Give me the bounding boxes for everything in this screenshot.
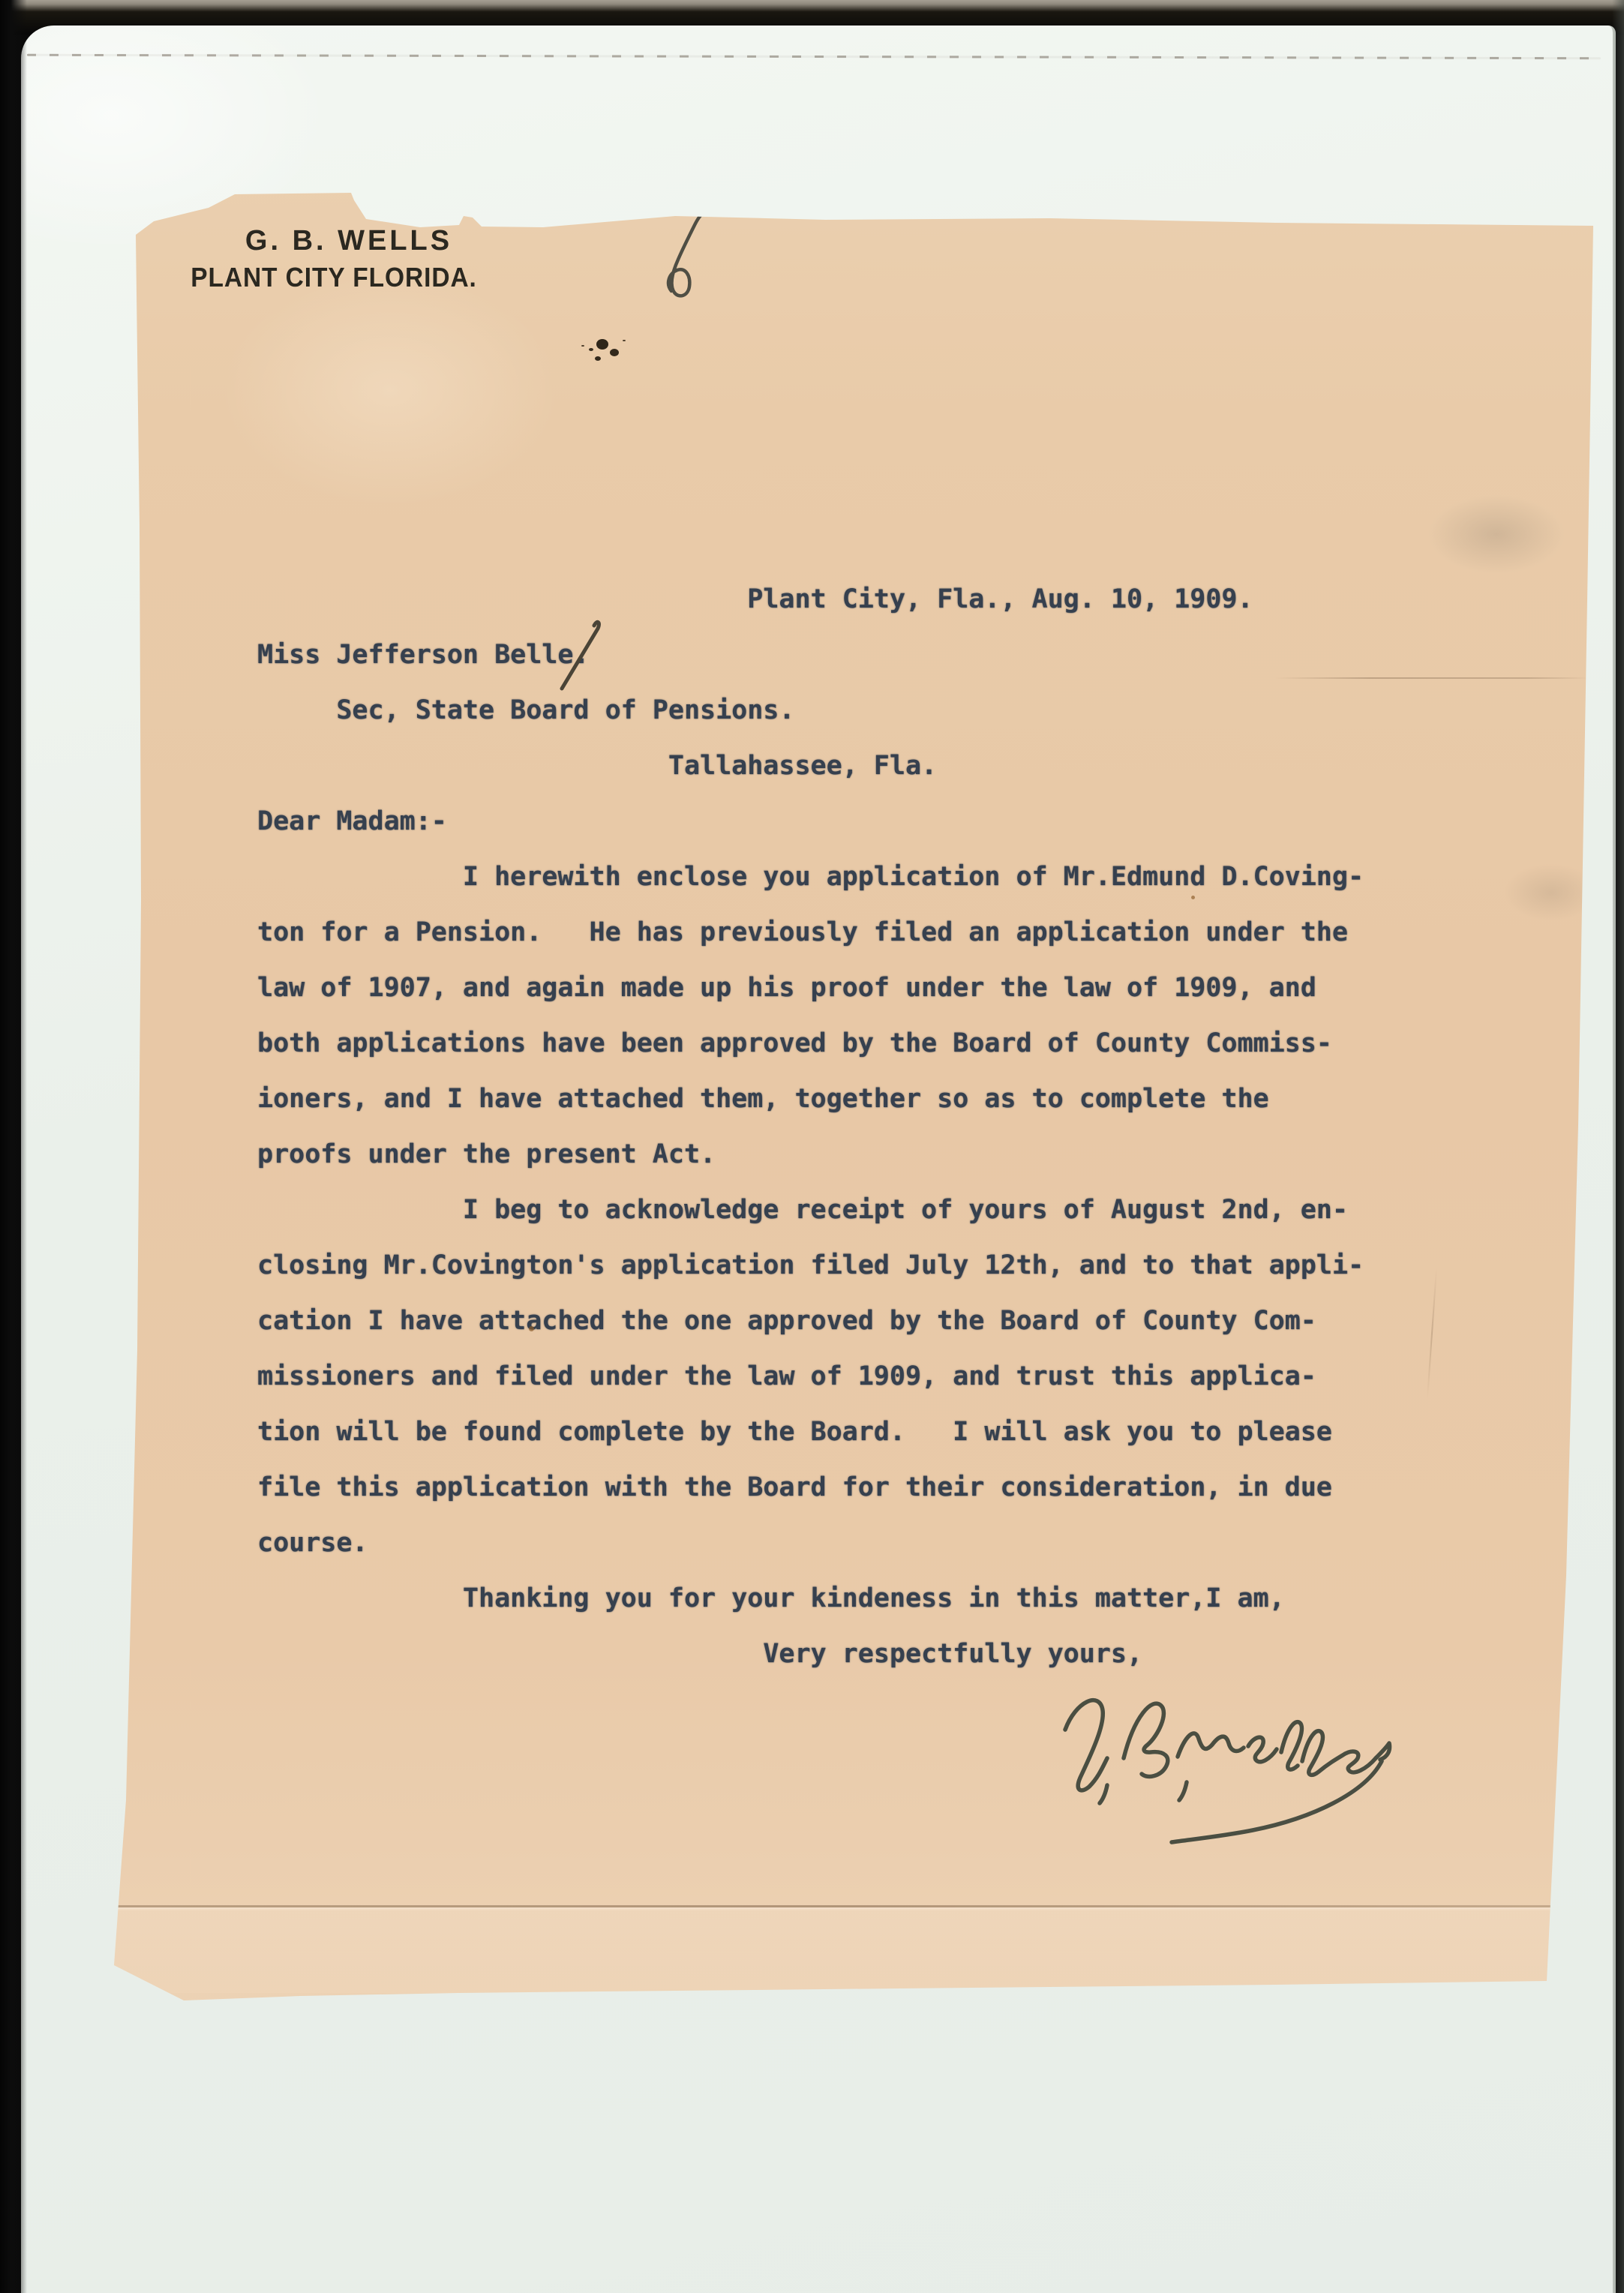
fold-crease — [1275, 677, 1590, 679]
folded-bottom-strip — [114, 1907, 1551, 1993]
typed-letter-body: Plant City, Fla., Aug. 10, 1909. Miss Je… — [257, 572, 1472, 1682]
rust-speck — [1191, 896, 1195, 899]
ink-blot — [596, 339, 608, 350]
typed-line-recipient: Miss Jefferson Belle. — [257, 627, 1472, 683]
typed-line: I beg to acknowledge receipt of yours of… — [257, 1182, 1472, 1238]
typed-line: I herewith enclose you application of Mr… — [257, 849, 1472, 905]
typed-line: both applications have been approved by … — [257, 1016, 1472, 1071]
typed-line: tion will be found complete by the Board… — [257, 1404, 1472, 1460]
typed-line: ton for a Pension. He has previously fil… — [257, 905, 1472, 960]
typed-line-recipient-title: Sec, State Board of Pensions. — [257, 683, 1472, 738]
typed-line: cation I have attached the one approved … — [257, 1293, 1472, 1349]
letterhead-name: G. B. WELLS — [180, 225, 518, 257]
typed-line: closing Mr.Covington's application filed… — [257, 1238, 1472, 1293]
typed-line-recipient-city: Tallahassee, Fla. — [257, 738, 1472, 794]
typed-line: file this application with the Board for… — [257, 1460, 1472, 1515]
typed-line: law of 1907, and again made up his proof… — [257, 960, 1472, 1016]
typed-line-closing: Very respectfully yours, — [257, 1626, 1472, 1682]
rust-speck — [529, 1326, 534, 1331]
scanner-right-edge — [1612, 0, 1624, 2293]
typed-line-salutation: Dear Madam:- — [257, 794, 1472, 849]
letter-paper: G. B. WELLS PLANT CITY FLORIDA. Plant Ci… — [0, 0, 1624, 2293]
typed-line: proofs under the present Act. — [257, 1127, 1472, 1182]
scanned-letter-page: G. B. WELLS PLANT CITY FLORIDA. Plant Ci… — [0, 0, 1624, 2293]
scanner-left-edge — [0, 0, 27, 2293]
handwritten-page-number — [654, 209, 722, 314]
typed-line: course. — [257, 1515, 1472, 1571]
typed-line: missioners and filed under the law of 19… — [257, 1349, 1472, 1404]
signature-autograph — [1043, 1680, 1403, 1860]
letterhead-location: PLANT CITY FLORIDA. — [177, 262, 491, 293]
typed-line: ioners, and I have attached them, togeth… — [257, 1071, 1472, 1127]
fold-crease — [114, 1905, 1554, 1907]
typed-line: Thanking you for your kindeness in this … — [257, 1571, 1472, 1626]
typed-line-dateline: Plant City, Fla., Aug. 10, 1909. — [257, 572, 1472, 627]
pen-strikethrough-mark — [539, 609, 621, 699]
